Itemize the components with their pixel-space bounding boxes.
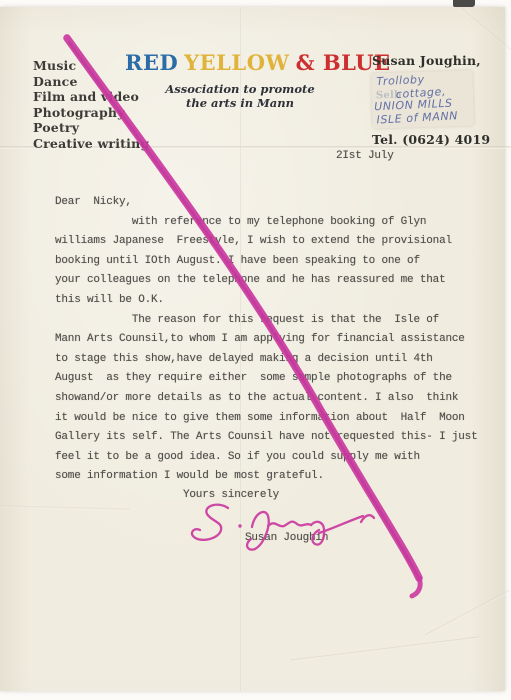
letter-body-line: The reason for this request is that the … [55, 314, 477, 334]
scanner-gap-notch [453, 0, 475, 7]
letter-body-line: williams Japanese Freestyle, I wish to e… [55, 235, 477, 255]
letter-body-line: Mann Arts Counsil,to whom I am applying … [55, 333, 477, 353]
contact-block: Susan Joughin, Selb Trolloby cottage, UN… [372, 53, 497, 147]
letter-closing: Yours sincerely [183, 489, 279, 501]
letter-body: Dear Nicky, with reference to my telepho… [55, 196, 477, 510]
telephone-number: Tel. (0624) 4019 [372, 132, 497, 147]
letter-body-line: feel it to be a good idea. So if you cou… [55, 451, 477, 471]
organisation-title: REDYELLOW& BLUE [122, 50, 358, 75]
letter-body-line: to stage this show,have delayed making a… [55, 353, 477, 373]
letter-body-line: some information I would be most gratefu… [55, 470, 477, 490]
letterhead-activity-item: Poetry [33, 120, 163, 136]
letter-date: 2Ist July [336, 150, 394, 162]
typed-signature-name: Susan Joughin [245, 532, 328, 544]
letter-body-line: booking until IOth August. I have been s… [55, 255, 477, 275]
letter-body-line: it would be nice to give them some infor… [55, 412, 477, 432]
letterhead-activity-item: Creative writing [33, 136, 163, 152]
letter-body-line: Gallery its self. The Arts Counsil have … [55, 431, 477, 451]
subtitle-line-2: the arts in Mann [122, 96, 358, 110]
letter-body-line: your colleagues on the telephone and he … [55, 274, 477, 294]
contact-name: Susan Joughin, [372, 53, 497, 68]
letter-body-line: August as they require either some sampl… [55, 372, 477, 392]
letter-body-line: Dear Nicky, [55, 196, 477, 216]
organisation-title-word: RED [125, 50, 178, 75]
letter-body-line: showand/or more details as to the actual… [55, 392, 477, 412]
organisation-title-word: YELLOW [184, 50, 289, 75]
address-sticker: Selb Trolloby cottage, UNION MILLS ISLE … [371, 71, 473, 129]
letter-body-line: with reference to my telephone booking o… [55, 216, 477, 236]
scanned-letter-page: { "letterhead": { "activities": ["Music"… [0, 0, 511, 700]
organisation-subtitle: Association to promote the arts in Mann [122, 82, 358, 110]
letterhead-masthead: REDYELLOW& BLUE Association to promote t… [122, 50, 358, 110]
subtitle-line-1: Association to promote [122, 82, 358, 96]
letter-body-line: this will be O.K. [55, 294, 477, 314]
